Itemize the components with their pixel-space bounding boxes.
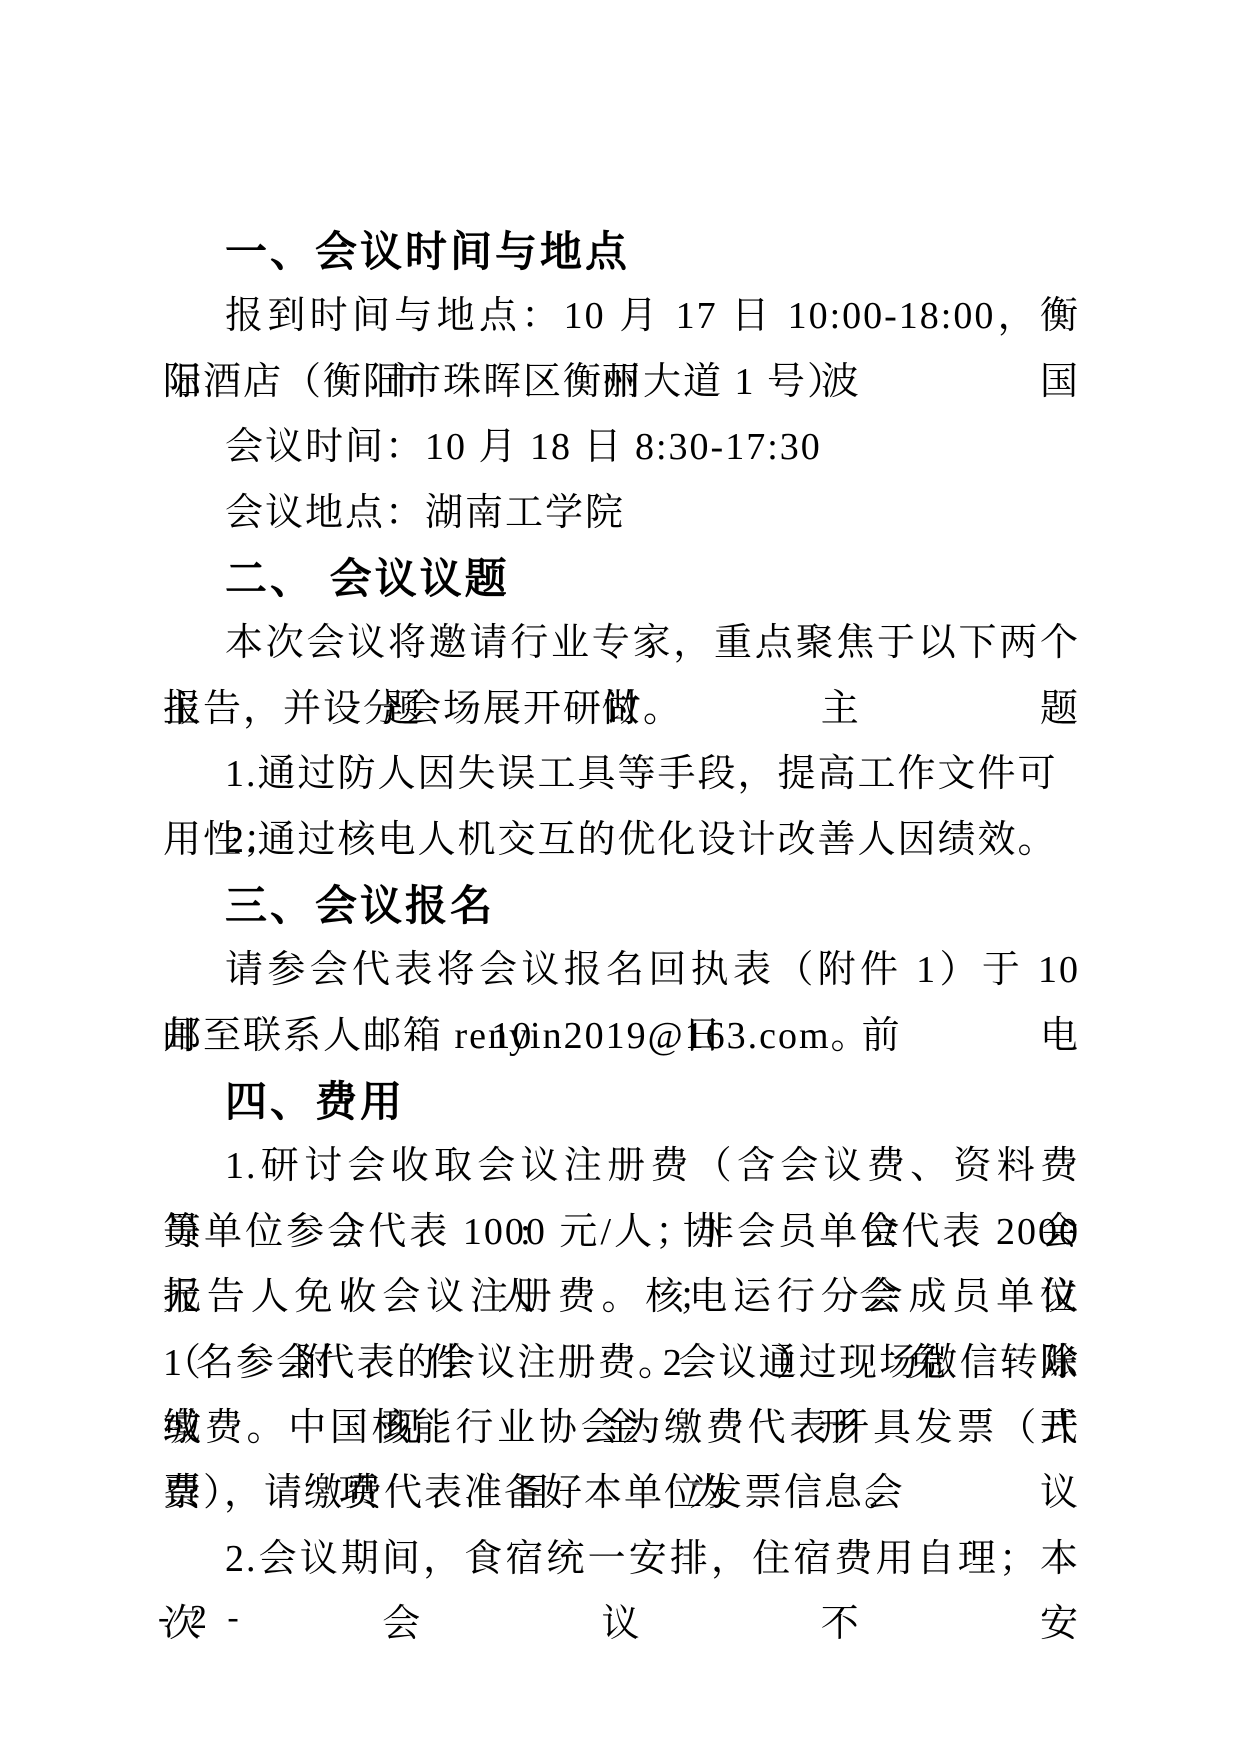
section-heading-meeting-topics: 二、 会议议题	[163, 546, 1080, 611]
text-line: 2.通过核电人机交互的优化设计改善人因绩效。	[163, 808, 1080, 873]
section-fees: 四、费用 1.研讨会收取会议注册费（含会议费、资料费等）: 协会会 员单位参会代…	[163, 1069, 1080, 1592]
text-line: 缴费。中国核能行业协会为缴费代表开具发票（开票项目为会议	[163, 1396, 1080, 1461]
text-line: 1 名参会代表的会议注册费。会议通过现场微信转账或现金形式	[163, 1331, 1080, 1396]
text-line: 报告人免收会议注册费。核电运行分会成员单位（附件 2）免除	[163, 1265, 1080, 1330]
text-line: 本次会议将邀请行业专家，重点聚焦于以下两个主题做主题	[163, 611, 1080, 676]
text-line: 1.研讨会收取会议注册费（含会议费、资料费等）: 协会会	[163, 1134, 1080, 1199]
text-line: 会议时间：10 月 18 日 8:30-17:30	[163, 415, 1080, 480]
section-meeting-topics: 二、 会议议题 本次会议将邀请行业专家，重点聚焦于以下两个主题做主题 报告，并设…	[163, 546, 1080, 873]
page-number: - 2 -	[158, 1596, 245, 1640]
document-body: 一、会议时间与地点 报到时间与地点：10 月 17 日 10:00-18:00，…	[163, 219, 1080, 1592]
text-line: 1.通过防人因失误工具等手段，提高工作文件可用性；	[163, 742, 1080, 807]
section-heading-meeting-time-location: 一、会议时间与地点	[163, 219, 1080, 284]
text-line: 报到时间与地点：10 月 17 日 10:00-18:00，衡阳市丽波国	[163, 284, 1080, 349]
section-meeting-registration: 三、会议报名 请参会代表将会议报名回执表（附件 1）于 10 月 10 日前电 …	[163, 873, 1080, 1069]
text-line: 2.会议期间，食宿统一安排，住宿费用自理；本次会议不安	[163, 1527, 1080, 1592]
section-meeting-time-location: 一、会议时间与地点 报到时间与地点：10 月 17 日 10:00-18:00，…	[163, 219, 1080, 546]
section-heading-meeting-registration: 三、会议报名	[163, 873, 1080, 938]
document-page: 一、会议时间与地点 报到时间与地点：10 月 17 日 10:00-18:00，…	[0, 0, 1241, 1754]
text-line: 请参会代表将会议报名回执表（附件 1）于 10 月 10 日前电	[163, 938, 1080, 1003]
section-heading-fees: 四、费用	[163, 1069, 1080, 1134]
text-line: 会议地点：湖南工学院	[163, 481, 1080, 546]
text-line: 员单位参会代表 1000 元/人；非会员单位代表 2000 元/人；会议	[163, 1200, 1080, 1265]
